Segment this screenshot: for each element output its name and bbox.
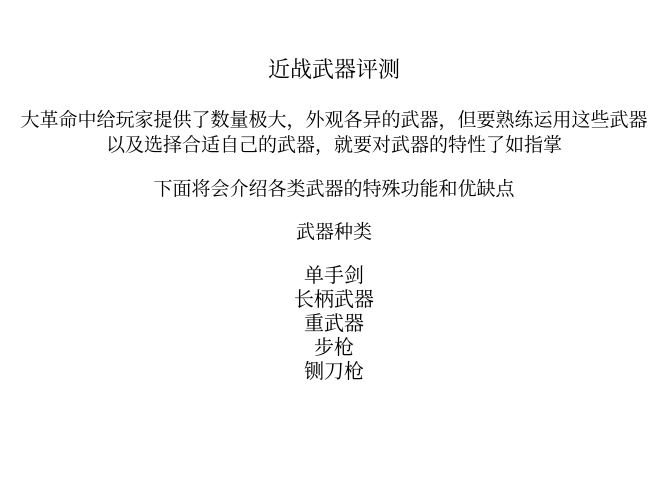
weapon-type-item-polearm: 长柄武器 [0,288,668,312]
weapon-type-item-heavy-weapon: 重武器 [0,312,668,336]
article-title: 近战武器评测 [0,58,668,82]
category-heading: 武器种类 [0,220,668,245]
weapon-type-item-guillotine-gun: 铡刀枪 [0,360,668,384]
intro-line-2: 以及选择合适自己的武器，就要对武器的特性了如指掌 [0,133,668,158]
weapon-type-item-rifle: 步枪 [0,336,668,360]
weapon-type-item-single-hand-sword: 单手剑 [0,264,668,288]
intro-line-1: 大革命中给玩家提供了数量极大，外观各异的武器，但要熟练运用这些武器 [0,108,668,133]
article-page: 近战武器评测 大革命中给玩家提供了数量极大，外观各异的武器，但要熟练运用这些武器… [0,0,668,500]
section-note: 下面将会介绍各类武器的特殊功能和优缺点 [0,177,668,202]
weapon-type-list: 单手剑 长柄武器 重武器 步枪 铡刀枪 [0,264,668,384]
intro-paragraph: 大革命中给玩家提供了数量极大，外观各异的武器，但要熟练运用这些武器 以及选择合适… [0,108,668,158]
